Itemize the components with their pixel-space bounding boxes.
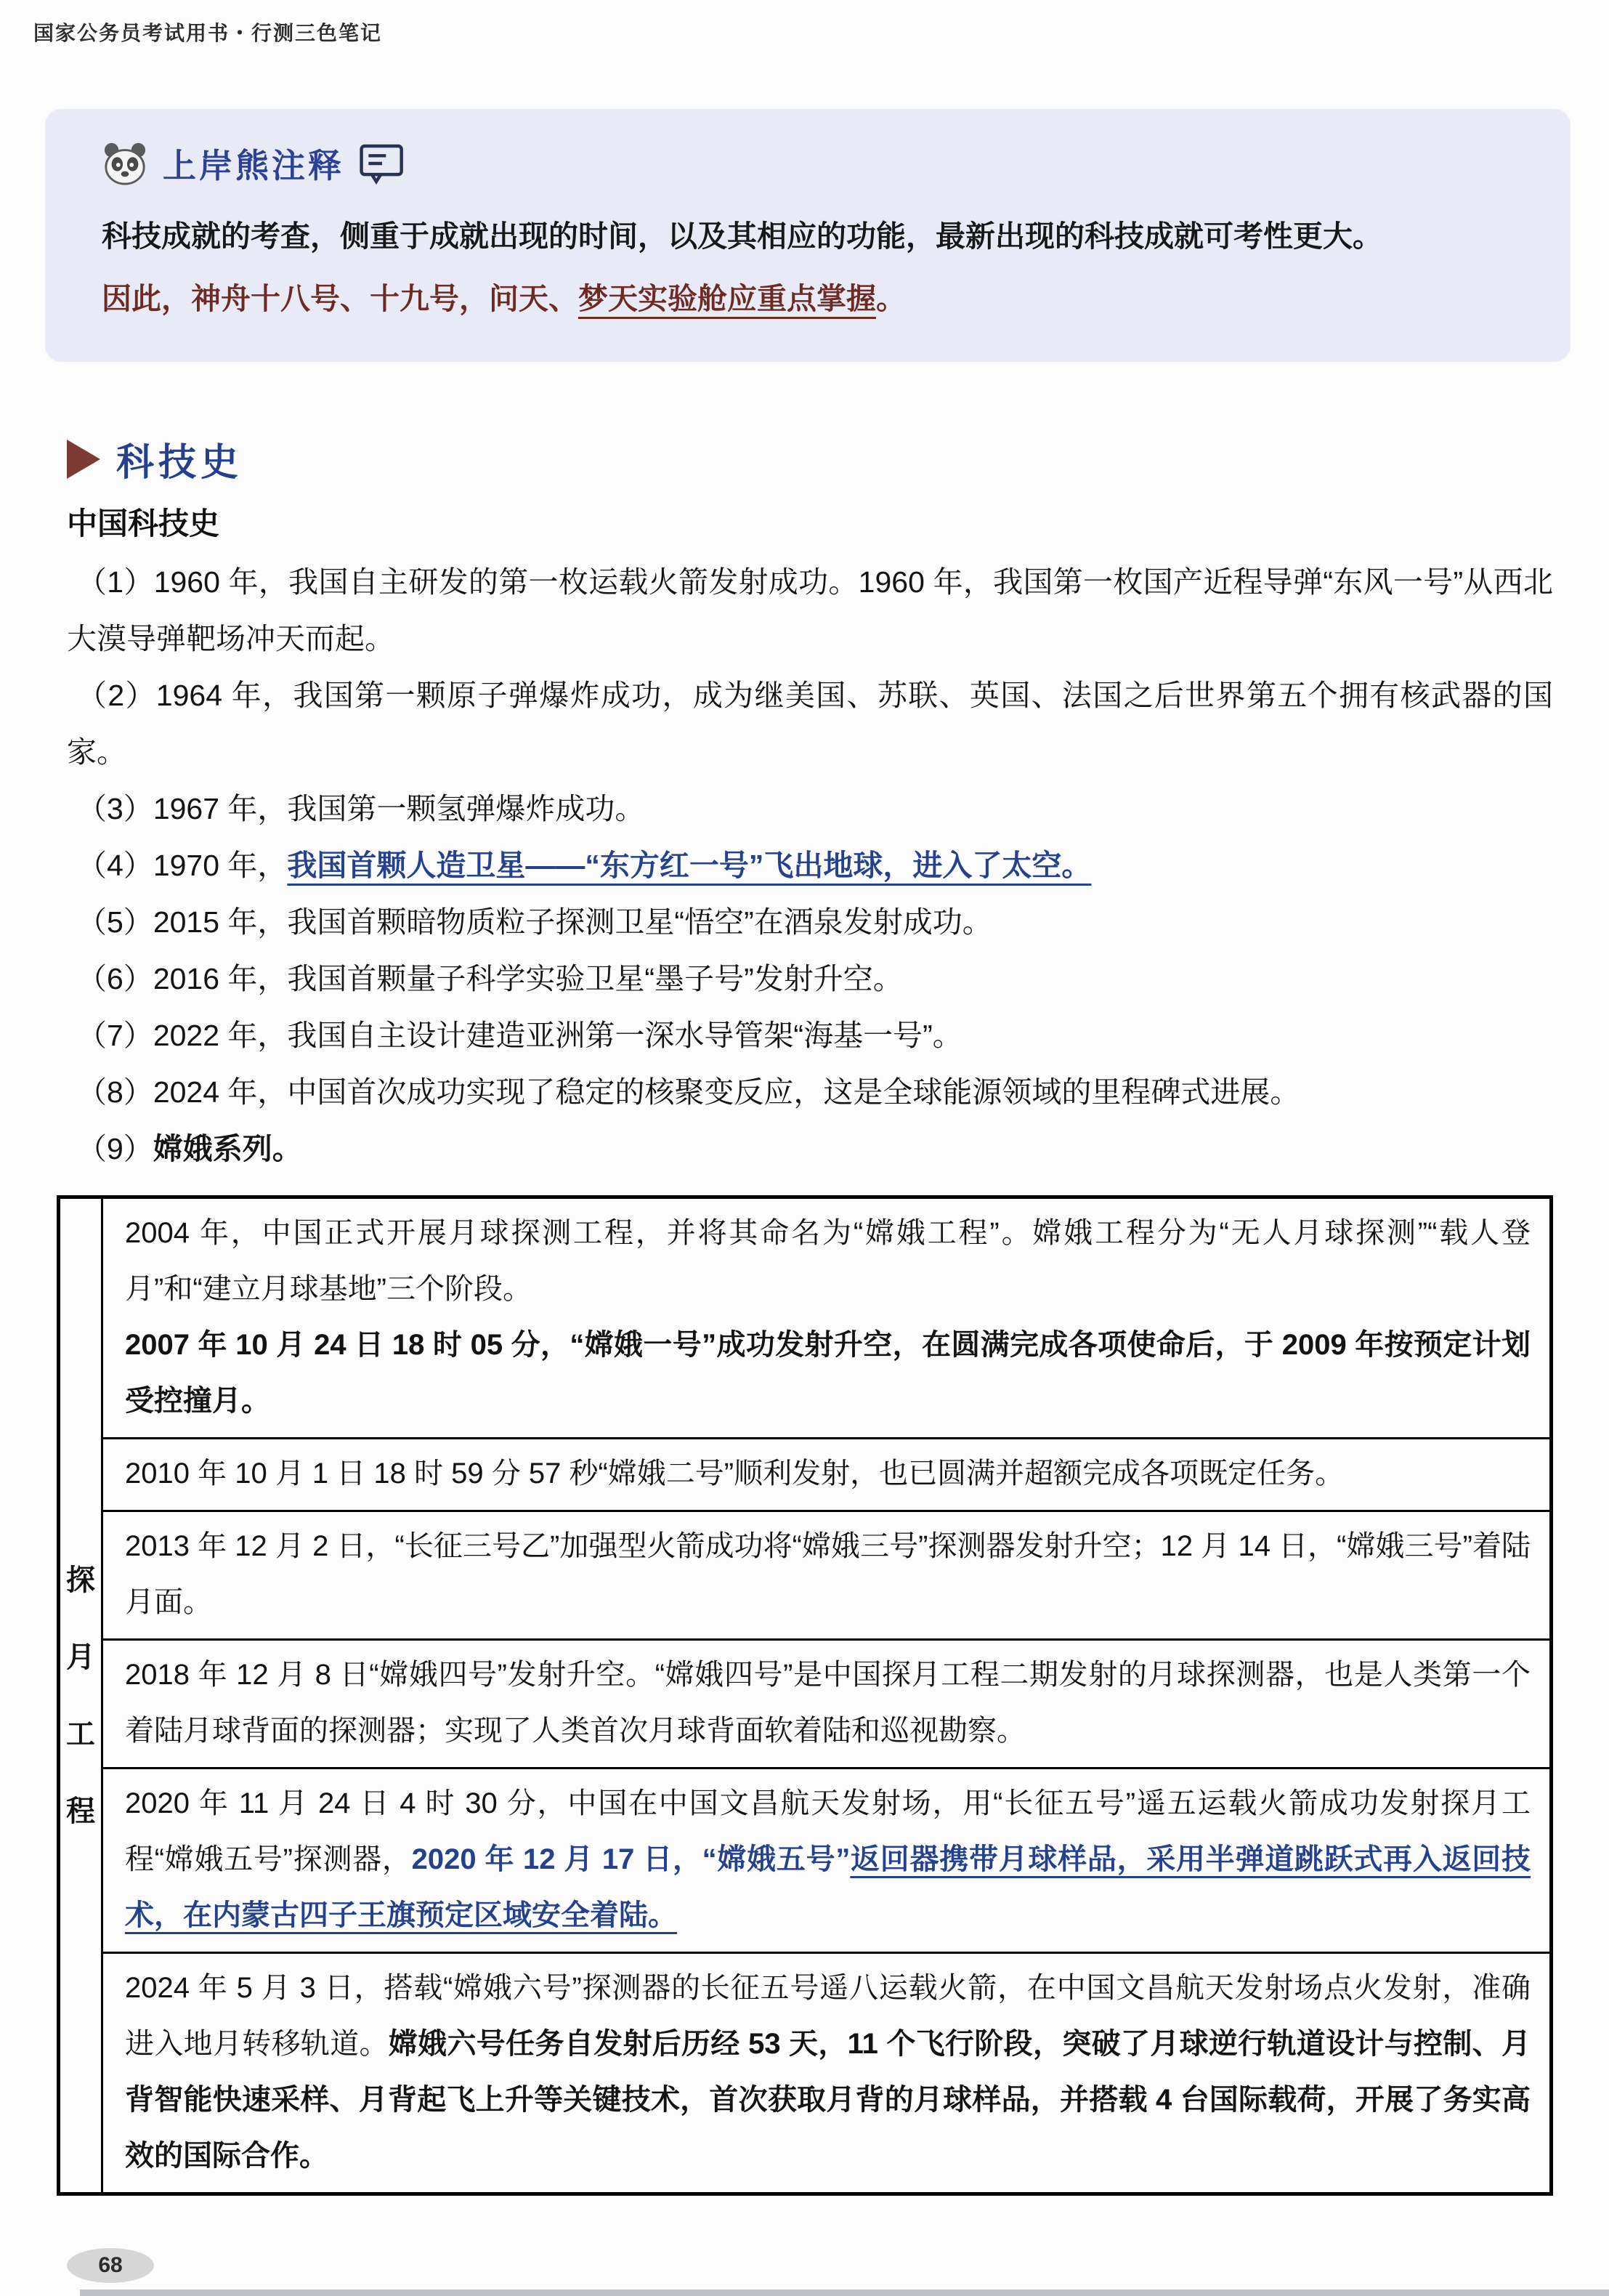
list-item: （7）2022 年，我国自主设计建造亚洲第一深水导管架“海基一号”。: [67, 1007, 1553, 1064]
table-cell: 2020 年 11 月 24 日 4 时 30 分，中国在中国文昌航天发射场，用…: [102, 1769, 1552, 1953]
note-text-line2: 因此，神舟十八号、十九号，问天、梦天实验舱应重点掌握。: [102, 267, 1536, 330]
note-header: 上岸熊注释: [102, 140, 1536, 187]
book-header: 国家公务员考试用书・行测三色笔记: [33, 17, 382, 47]
scan-edge-artifact: [80, 2289, 1609, 2296]
subsection-title: 中国科技史: [67, 500, 219, 543]
table-row: 2018 年 12 月 8 日“嫦娥四号”发射升空。“嫦娥四号”是中国探月工程二…: [59, 1640, 1552, 1769]
list-item: （6）2016 年，我国首颗量子科学实验卫星“墨子号”发射升空。: [67, 950, 1553, 1007]
list-item: （8）2024 年，中国首次成功实现了稳定的核聚变反应，这是全球能源领域的里程碑…: [67, 1064, 1553, 1120]
table-cell: 2013 年 12 月 2 日，“长征三号乙”加强型火箭成功将“嫦娥三号”探测器…: [102, 1511, 1552, 1640]
section-heading: 科技史: [67, 432, 243, 486]
table-cell: 2004 年，中国正式开展月球探测工程，并将其命名为“嫦娥工程”。嫦娥工程分为“…: [102, 1197, 1552, 1439]
table-row: 2024 年 5 月 3 日，搭载“嫦娥六号”探测器的长征五号遥八运载火箭，在中…: [59, 1953, 1552, 2194]
section-title: 科技史: [116, 432, 243, 486]
note-text-line1: 科技成就的考查，侧重于成就出现的时间，以及其相应的功能，最新出现的科技成就可考性…: [102, 205, 1536, 267]
page-number: 68: [67, 2248, 154, 2283]
list-item: （4）1970 年，我国首颗人造卫星——“东方红一号”飞出地球，进入了太空。: [67, 837, 1553, 894]
lunar-program-table: 探月工程 2004 年，中国正式开展月球探测工程，并将其命名为“嫦娥工程”。嫦娥…: [57, 1195, 1553, 2196]
list-item: （1）1960 年，我国自主研发的第一枚运载火箭发射成功。1960 年，我国第一…: [67, 554, 1553, 667]
list-item: （5）2015 年，我国首颗暗物质粒子探测卫星“悟空”在酒泉发射成功。: [67, 894, 1553, 950]
table-row: 2010 年 10 月 1 日 18 时 59 分 57 秒“嫦娥二号”顺利发射…: [59, 1439, 1552, 1511]
annotation-note-box: 上岸熊注释 科技成就的考查，侧重于成就出现的时间，以及其相应的功能，最新出现的科…: [45, 109, 1571, 362]
table-row: 2020 年 11 月 24 日 4 时 30 分，中国在中国文昌航天发射场，用…: [59, 1769, 1552, 1953]
table-row: 探月工程 2004 年，中国正式开展月球探测工程，并将其命名为“嫦娥工程”。嫦娥…: [59, 1197, 1552, 1439]
list-item: （2）1964 年，我国第一颗原子弹爆炸成功，成为继美国、苏联、英国、法国之后世…: [67, 667, 1553, 780]
history-list: （1）1960 年，我国自主研发的第一枚运载火箭发射成功。1960 年，我国第一…: [67, 554, 1553, 1177]
table-cell: 2018 年 12 月 8 日“嫦娥四号”发射升空。“嫦娥四号”是中国探月工程二…: [102, 1640, 1552, 1769]
table-row-header: 探月工程: [59, 1197, 102, 2194]
panda-icon: [102, 141, 148, 186]
triangle-bullet-icon: [67, 440, 100, 479]
list-item: （9）嫦娥系列。: [67, 1120, 1553, 1177]
note-bubble-icon: [359, 142, 405, 185]
table-cell: 2024 年 5 月 3 日，搭载“嫦娥六号”探测器的长征五号遥八运载火箭，在中…: [102, 1953, 1552, 2194]
note-title: 上岸熊注释: [163, 140, 344, 187]
table-row: 2013 年 12 月 2 日，“长征三号乙”加强型火箭成功将“嫦娥三号”探测器…: [59, 1511, 1552, 1640]
list-item: （3）1967 年，我国第一颗氢弹爆炸成功。: [67, 780, 1553, 837]
table-cell: 2010 年 10 月 1 日 18 时 59 分 57 秒“嫦娥二号”顺利发射…: [102, 1439, 1552, 1511]
